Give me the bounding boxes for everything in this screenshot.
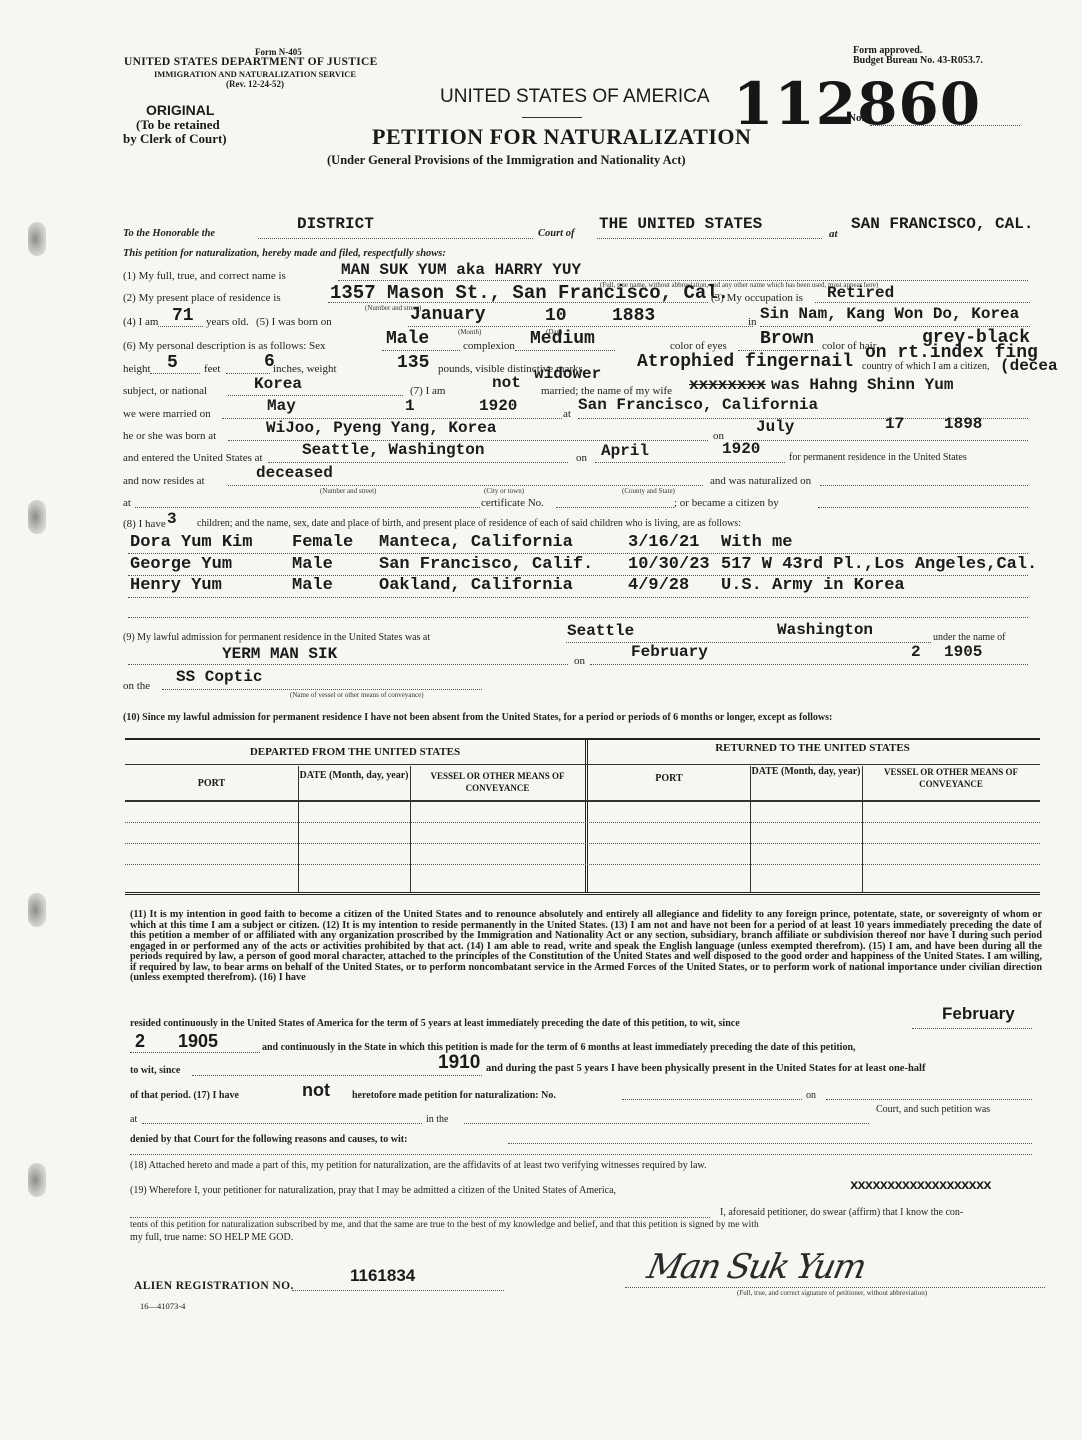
- height-feet: 5: [167, 353, 178, 373]
- court-at-label: at: [829, 228, 838, 240]
- entered-year: 1920: [722, 440, 760, 458]
- punch-hole: [28, 222, 46, 256]
- oath-closing: my full, true name: SO HELP ME GOD.: [130, 1232, 293, 1243]
- heading-rule: [522, 117, 582, 118]
- q19-text: (19) Wherefore I, your petitioner for na…: [130, 1185, 616, 1196]
- declarations-text: (11) It is my intention in good faith to…: [130, 910, 1042, 1010]
- punch-hole: [28, 1163, 46, 1197]
- q3-label: (3) My occupation is: [711, 292, 803, 304]
- struck-wife: xxxxxxxx: [689, 376, 766, 394]
- birthplace: Sin Nam, Kang Won Do, Korea: [760, 305, 1019, 323]
- admission-year: 1905: [944, 643, 982, 661]
- departed-heading: DEPARTED FROM THE UNITED STATES: [125, 746, 585, 758]
- previous-petition: not: [302, 1080, 330, 1101]
- married-day: 1: [405, 397, 415, 415]
- budget-bureau: Budget Bureau No. 43-R053.7.: [853, 55, 983, 66]
- deceased-note: (decea: [1000, 357, 1058, 375]
- service: IMMIGRATION AND NATURALIZATION SERVICE: [154, 69, 356, 79]
- married-place: San Francisco, California: [578, 396, 818, 414]
- alien-registration-number: 1161834: [350, 1266, 415, 1286]
- birth-year: 1883: [612, 306, 655, 326]
- q19-struck: xxxxxxxxxxxxxxxxxxx: [850, 1178, 991, 1194]
- admission-month: February: [631, 643, 708, 661]
- punch-hole: [28, 500, 46, 534]
- petition-number: 112860: [733, 70, 981, 138]
- nationality: Korea: [254, 375, 302, 393]
- court-name: THE UNITED STATES: [599, 215, 762, 233]
- q4-label: (4) I am: [123, 316, 158, 328]
- spouse-birth-year: 1898: [944, 415, 982, 433]
- admission-state: Washington: [777, 621, 873, 639]
- admission-city: Seattle: [567, 622, 634, 640]
- married-year: 1920: [479, 397, 517, 415]
- revision: (Rev. 12-24-52): [226, 79, 284, 89]
- widower-note: widower: [534, 365, 601, 383]
- form-title: PETITION FOR NATURALIZATION: [372, 124, 751, 150]
- vessel-name: SS Coptic: [176, 668, 262, 686]
- court-location: SAN FRANCISCO, CAL.: [851, 215, 1033, 233]
- court-of-label: Court of: [538, 228, 574, 239]
- entered-month: April: [601, 442, 649, 460]
- petition-document: Form N-405 UNITED STATES DEPARTMENT OF J…: [0, 0, 1082, 1440]
- birth-month: January: [410, 305, 486, 325]
- alien-registration-label: ALIEN REGISTRATION NO.: [134, 1280, 294, 1292]
- distinctive-marks: Atrophied fingernail: [637, 352, 853, 372]
- q2-label: (2) My present place of residence is: [123, 292, 281, 304]
- spouse-birth-month: July: [756, 418, 794, 436]
- court-type: DISTRICT: [297, 215, 374, 233]
- resided-since-year: 1905: [178, 1031, 218, 1052]
- children-count: 3: [167, 510, 177, 528]
- admission-name: YERM MAN SIK: [222, 645, 337, 663]
- resided-since-month: February: [942, 1004, 1015, 1024]
- original-label: ORIGINAL: [146, 102, 214, 118]
- resided-since-day: 2: [135, 1031, 145, 1052]
- retain-note-2: by Clerk of Court): [123, 131, 227, 147]
- q10-label: (10) Since my lawful admission for perma…: [123, 712, 832, 723]
- q1-label: (1) My full, true, and correct name is: [123, 270, 286, 282]
- q8-label: (8) I have: [123, 518, 166, 530]
- admission-day: 2: [911, 643, 921, 661]
- to-honorable-label: To the Honorable the: [123, 228, 215, 239]
- entered-place: Seattle, Washington: [302, 441, 484, 459]
- residence: 1357 Mason St., San Francisco, Cal.: [330, 282, 729, 304]
- department: UNITED STATES DEPARTMENT OF JUSTICE: [124, 56, 378, 68]
- returned-heading: RETURNED TO THE UNITED STATES: [585, 742, 1040, 754]
- punch-hole: [28, 893, 46, 927]
- form-subtitle: (Under General Provisions of the Immigra…: [327, 153, 686, 168]
- q6-label: (6) My personal description is as follow…: [123, 340, 326, 352]
- petitioner-name: MAN SUK YUM aka HARRY YUY: [341, 261, 581, 279]
- q5-label: (5) I was born on: [256, 316, 332, 328]
- married-month: May: [267, 397, 296, 415]
- eye-color: Brown: [760, 329, 814, 349]
- wife-name: was Hahng Shinn Yum: [771, 376, 953, 394]
- age: 71: [172, 306, 194, 326]
- q7-label: (7) I am: [410, 385, 445, 397]
- absences-table: DEPARTED FROM THE UNITED STATES RETURNED…: [125, 738, 1040, 895]
- petitioner-signature: Man Suk Yum: [644, 1247, 869, 1287]
- married-status: not: [492, 374, 521, 392]
- weight: 135: [397, 353, 429, 373]
- state-since-year: 1910: [438, 1052, 480, 1074]
- sex: Male: [386, 329, 429, 349]
- spouse-birth-day: 17: [885, 415, 904, 433]
- occupation: Retired: [827, 284, 894, 302]
- print-code: 16—41073-4: [140, 1301, 185, 1311]
- current-residence: deceased: [256, 464, 333, 482]
- birth-day: 10: [545, 306, 567, 326]
- intro-text: This petition for naturalization, hereby…: [123, 248, 446, 259]
- complexion: Medium: [530, 329, 595, 349]
- q18-text: (18) Attached hereto and made a part of …: [130, 1160, 706, 1171]
- spouse-birthplace: WiJoo, Pyeng Yang, Korea: [266, 419, 496, 437]
- country-heading: UNITED STATES OF AMERICA: [440, 86, 710, 108]
- q9-label: (9) My lawful admission for permanent re…: [123, 632, 430, 643]
